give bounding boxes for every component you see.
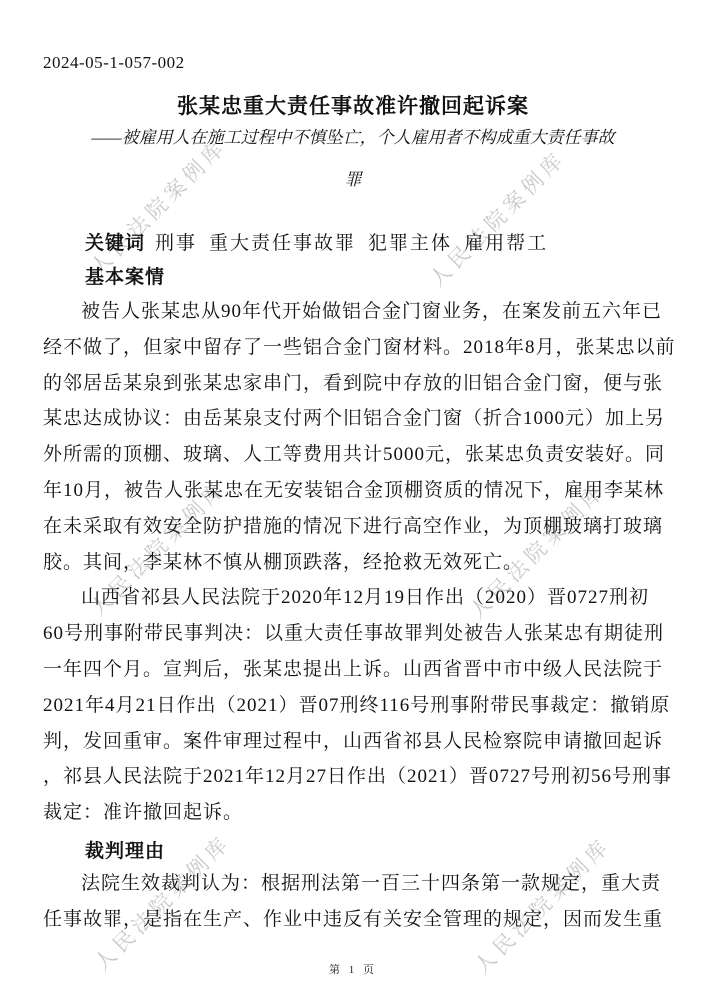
keywords-row: 关键词刑事重大责任事故罪犯罪主体雇用帮工 [85, 228, 560, 255]
text-line: 任事故罪，是指在生产、作业中违反有关安全管理的规定，因而发生重 [43, 902, 663, 938]
page-number: 第 1 页 [0, 961, 706, 977]
text-line: 某忠达成协议：由岳某泉支付两个旧铝合金门窗（折合1000元）加上另 [43, 401, 663, 437]
text-line: 一年四个月。宣判后，张某忠提出上诉。山西省晋中市中级人民法院于 [43, 652, 663, 688]
text-line: 2021年4月21日作出（2021）晋07刑终116号刑事附带民事裁定：撤销原 [43, 688, 663, 724]
case-subtitle: ——被雇用人在施工过程中不慎坠亡，个人雇用者不构成重大责任事故 罪 [43, 117, 663, 201]
text-line: 法院生效裁判认为：根据刑法第一百三十四条第一款规定，重大责 [43, 866, 663, 902]
document-page: 人民法院案例库 人民法院案例库 人民法院案例库 人民法院案例库 人民法院案例库 … [0, 0, 706, 999]
text-line: 60号刑事附带民事判决：以重大责任事故罪判处被告人张某忠有期徒刑 [43, 616, 663, 652]
section-heading-judgment-reasons: 裁判理由 [85, 836, 165, 863]
text-line: 的邻居岳某泉到张某忠家串门，看到院中存放的旧铝合金门窗，便与张 [43, 366, 663, 402]
keyword-item: 刑事 [155, 233, 197, 254]
text-line: ，祁县人民法院于2021年12月27日作出（2021）晋0727号刑初56号刑事 [43, 759, 663, 795]
text-line: 被告人张某忠从90年代开始做铝合金门窗业务，在案发前五六年已 [43, 294, 663, 330]
keyword-item: 重大责任事故罪 [209, 233, 356, 254]
text-line: 裁定：准许撤回起诉。 [43, 795, 663, 831]
text-line: 判，发回重审。案件审理过程中，山西省祁县人民检察院申请撤回起诉 [43, 724, 663, 760]
section-heading-basic-facts: 基本案情 [85, 262, 165, 289]
section-body-basic-facts: 被告人张某忠从90年代开始做铝合金门窗业务，在案发前五六年已 经不做了，但家中留… [43, 294, 663, 831]
text-line: 外所需的顶棚、玻璃、人工等费用共计5000元，张某忠负责安装好。同 [43, 437, 663, 473]
text-line: 山西省祁县人民法院于2020年12月19日作出（2020）晋0727刑初 [43, 580, 663, 616]
case-title: 张某忠重大责任事故准许撤回起诉案 [43, 90, 663, 120]
section-body-judgment-reasons: 法院生效裁判认为：根据刑法第一百三十四条第一款规定，重大责 任事故罪，是指在生产… [43, 866, 663, 938]
keyword-item: 雇用帮工 [464, 233, 548, 254]
text-line: 经不做了，但家中留存了一些铝合金门窗材料。2018年8月，张某忠以前 [43, 330, 663, 366]
document-content: 2024-05-1-057-002 张某忠重大责任事故准许撤回起诉案 ——被雇用… [0, 0, 706, 999]
text-line: 胶。其间，李某林不慎从棚顶跌落，经抢救无效死亡。 [43, 545, 663, 581]
text-line: 年10月，被告人张某忠在无安装铝合金顶棚资质的情况下，雇用李某林 [43, 473, 663, 509]
subtitle-line: ——被雇用人在施工过程中不慎坠亡，个人雇用者不构成重大责任事故 [43, 117, 663, 159]
keyword-item: 犯罪主体 [368, 233, 452, 254]
document-number: 2024-05-1-057-002 [43, 53, 185, 73]
keywords-label: 关键词 [85, 233, 145, 254]
subtitle-line: 罪 [43, 159, 663, 201]
text-line: 在未采取有效安全防护措施的情况下进行高空作业，为顶棚玻璃打玻璃 [43, 509, 663, 545]
